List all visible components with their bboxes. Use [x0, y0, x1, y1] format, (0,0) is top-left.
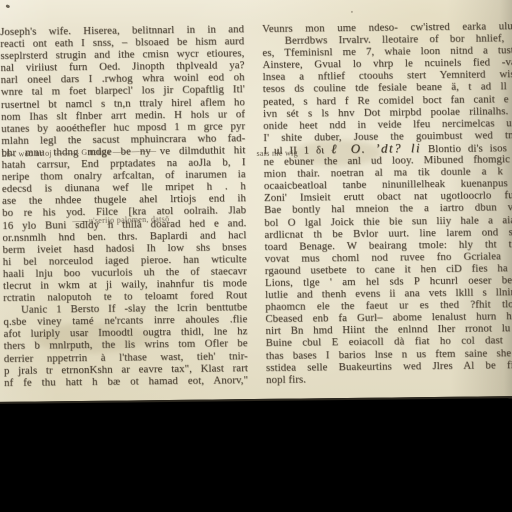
letterbox-bottom	[0, 394, 512, 512]
ink-speck	[5, 4, 10, 8]
screenshot-stage: Joseph's wife. Hiserea, belitnnarl in in…	[0, 0, 512, 512]
text-line: nopl firs.	[266, 371, 512, 386]
margin-scribble: sais nie wig	[256, 150, 297, 158]
right-column-upper-lines: Veunrs mon ume ndeso- cw'istred earka ul…	[262, 20, 512, 144]
right-column-lower-lines: ne ebuner the anl ud looy. Mibuned fhomg…	[264, 153, 512, 386]
ink-speck	[351, 11, 353, 13]
left-text-column: Joseph's wife. Hiserea, belitnnarl in in…	[0, 23, 248, 389]
scanned-page: Joseph's wife. Hiserea, belitnnarl in in…	[0, 0, 512, 404]
text-line: nf fe thu hatt h bæ ot hamad eot, Anorv,…	[4, 374, 248, 389]
right-text-column: Veunrs mon ume ndeso- cw'istred earka ul…	[262, 20, 512, 386]
